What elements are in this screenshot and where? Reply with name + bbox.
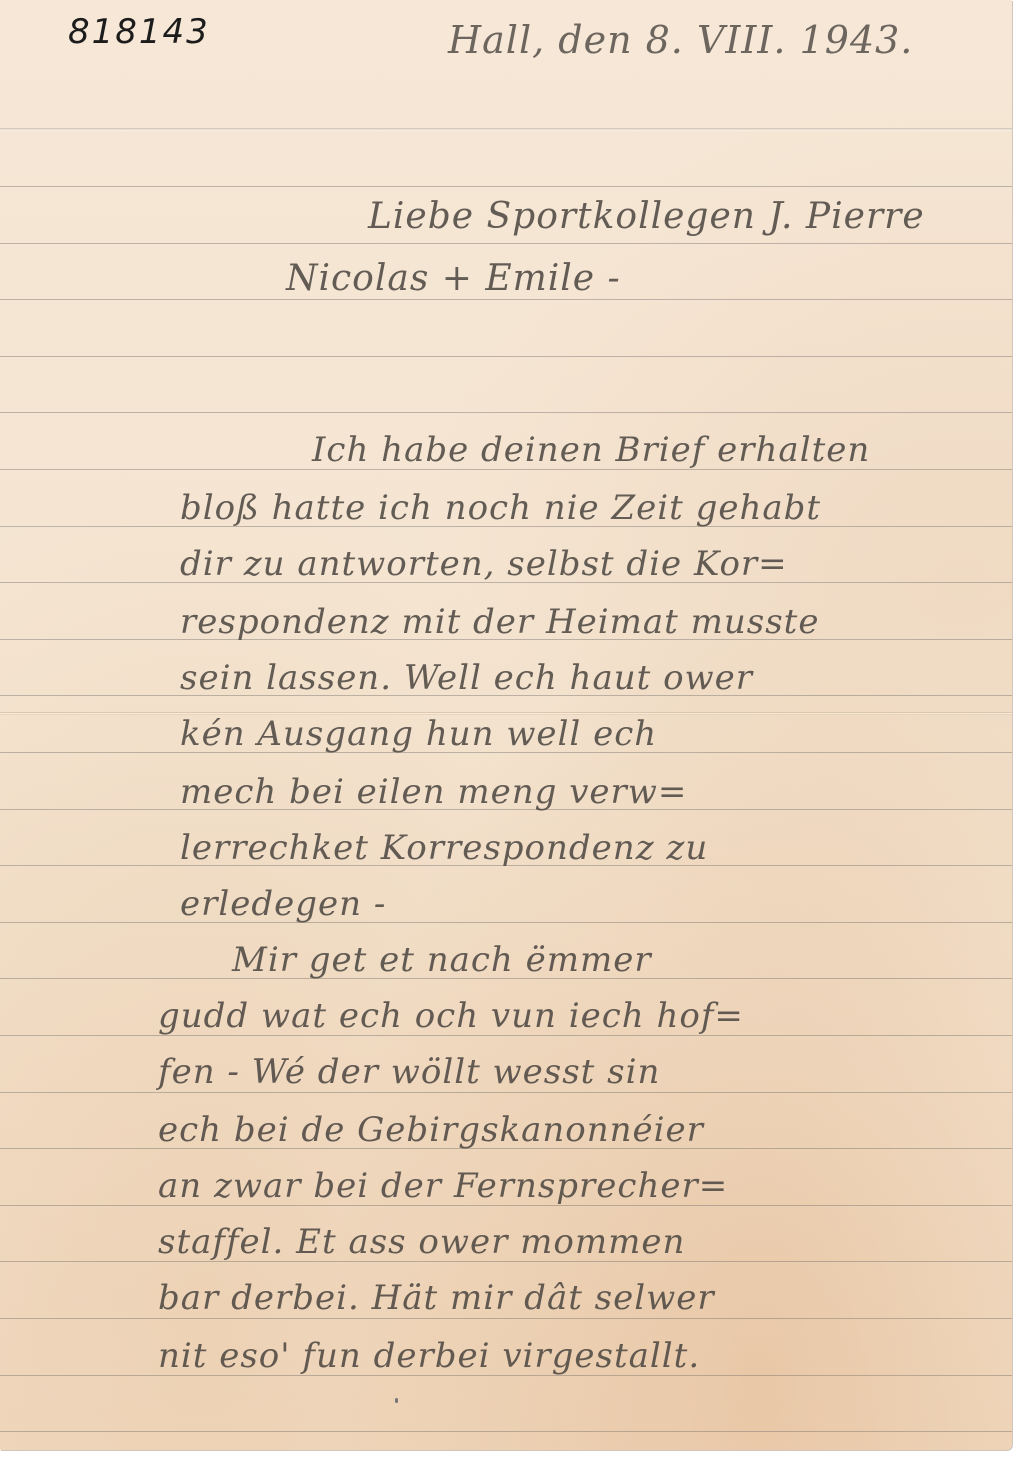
body-line: fen - Wé der wöllt wesst sin [158, 1052, 660, 1092]
body-line: bloß hatte ich noch nie Zeit gehabt [180, 488, 821, 528]
ruled-line [0, 1092, 1012, 1093]
ruled-line [0, 1431, 1012, 1432]
body-line: erledegen - [180, 884, 386, 924]
body-line: bar derbei. Hät mir dât selwer [158, 1278, 715, 1318]
body-line: mech bei eilen meng verw= [180, 772, 687, 812]
top-fold-line [0, 128, 1012, 131]
ruled-line [0, 922, 1012, 923]
body-line: nit eso' fun derbei virgestallt. [158, 1336, 700, 1376]
body-line: Ich habe deinen Brief erhalten [312, 430, 870, 470]
letter-paper: 818143 Hall, den 8. VIII. 1943. Liebe Sp… [0, 0, 1012, 1450]
body-line: Mir get et nach ëmmer [232, 940, 652, 980]
body-line: sein lassen. Well ech haut ower [180, 658, 753, 698]
ruled-line [0, 412, 1012, 413]
ruled-line [0, 356, 1012, 357]
ruled-line [0, 299, 1012, 300]
salutation-line-2: Nicolas + Emile - [286, 258, 621, 299]
ruled-line [0, 1318, 1012, 1319]
body-line: ech bei de Gebirgskanonnéier [158, 1110, 704, 1150]
body-line: respondenz mit der Heimat musste [180, 602, 819, 642]
ruled-line [0, 186, 1012, 187]
salutation-line-1: Liebe Sportkollegen J. Pierre [368, 196, 925, 237]
body-line: lerrechket Korrespondenz zu [180, 828, 708, 868]
ruled-line [0, 243, 1012, 244]
body-line: kén Ausgang hun well ech [180, 714, 657, 754]
body-line: an zwar bei der Fernsprecher= [158, 1166, 728, 1206]
body-line: gudd wat ech och vun iech hof= [158, 996, 744, 1036]
paper-speck [395, 1398, 398, 1403]
place-date: Hall, den 8. VIII. 1943. [448, 18, 913, 62]
archive-number: 818143 [68, 12, 210, 52]
body-line: staffel. Et ass ower mommen [158, 1222, 685, 1262]
body-line: dir zu antworten, selbst die Kor= [180, 544, 788, 584]
